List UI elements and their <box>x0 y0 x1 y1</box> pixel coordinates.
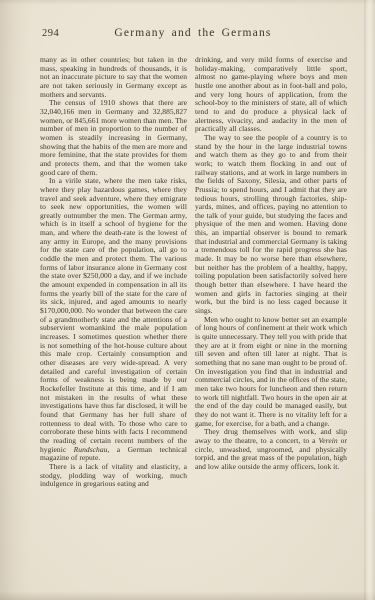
paragraph: The way to see the people of a country i… <box>195 134 347 316</box>
paragraph: many as in other countries; but taken in… <box>40 56 187 99</box>
paragraph: drinking, and very mild forms of exercis… <box>195 56 347 134</box>
running-head: Germany and the Germans <box>40 27 346 39</box>
paragraph: In a virile state, where the men take ri… <box>40 177 187 463</box>
italic-text: Verein <box>319 436 338 445</box>
page-edge-shadow <box>364 0 375 600</box>
text-block: many as in other countries; but taken in… <box>40 56 347 548</box>
body-text: The census of 1910 shows that there are … <box>40 98 187 176</box>
body-text: drinking, and very mild forms of exercis… <box>195 56 347 133</box>
page-header: 294 Germany and the Germans <box>40 26 346 44</box>
paragraph: There is a lack of vitality and elastici… <box>40 463 187 489</box>
left-column: many as in other countries; but taken in… <box>40 56 187 548</box>
body-text: The way to see the people of a country i… <box>195 133 347 315</box>
paragraph: They drug themselves with work, and slip… <box>195 428 347 471</box>
body-text: Men who ought to know better set an exam… <box>195 315 347 428</box>
body-text: many as in other countries; but taken in… <box>40 56 187 99</box>
right-column: drinking, and very mild forms of exercis… <box>195 56 347 548</box>
body-text: There is a lack of vitality and elastici… <box>40 462 187 488</box>
italic-text: Rundschau <box>74 445 108 454</box>
paragraph: Men who ought to know better set an exam… <box>195 316 347 429</box>
paragraph: The census of 1910 shows that there are … <box>40 99 187 177</box>
body-text: In a virile state, where the men take ri… <box>40 176 187 453</box>
book-page: 294 Germany and the Germans many as in o… <box>0 0 375 600</box>
